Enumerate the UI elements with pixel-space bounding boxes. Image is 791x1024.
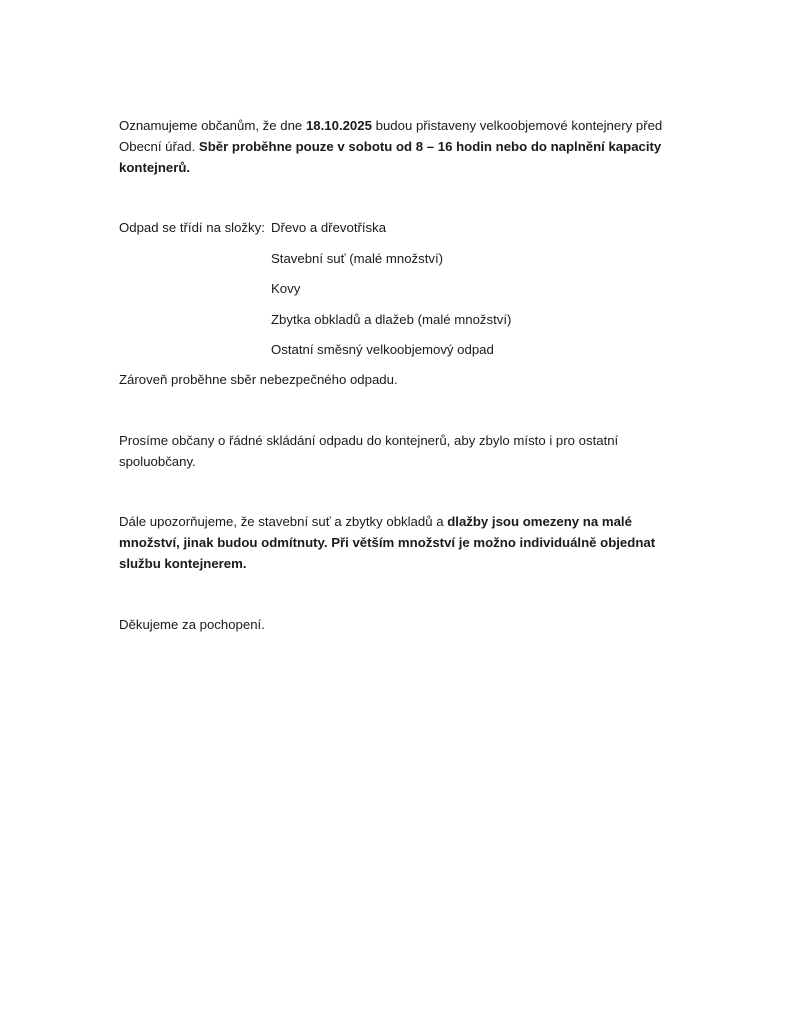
closing-text: Děkujeme za pochopení. [119, 614, 265, 635]
collection-date: 18.10.2025 [306, 118, 372, 133]
warning-bold: dlažby jsou omezeny na malé [447, 514, 632, 529]
request-line-1: Prosíme občany o řádné skládání odpadu d… [119, 430, 618, 451]
sorting-item: Ostatní směsný velkoobjemový odpad [271, 339, 494, 360]
sorting-label: Odpad se třídí na složky: [119, 217, 265, 238]
collection-hours: Sběr proběhne pouze v sobotu od 8 – 16 h… [199, 139, 661, 154]
intro-line-2: Obecní úřad. Sběr proběhne pouze v sobot… [119, 136, 661, 157]
request-line-2: spoluobčany. [119, 451, 196, 472]
sorting-item: Kovy [271, 278, 300, 299]
warning-line-1: Dále upozorňujeme, že stavební suť a zby… [119, 511, 632, 532]
warning-line-3: službu kontejnerem. [119, 553, 247, 574]
warning-bold: množství, jinak budou odmítnuty. Při vět… [119, 535, 655, 550]
collection-hours-end: kontejnerů. [119, 160, 190, 175]
warning-bold: službu kontejnerem. [119, 556, 247, 571]
intro-line-3: kontejnerů. [119, 157, 190, 178]
intro-text: Oznamujeme občanům, že dne [119, 118, 306, 133]
warning-text: Dále upozorňujeme, že stavební suť a zby… [119, 514, 447, 529]
sorting-item: Stavební suť (malé množství) [271, 248, 443, 269]
intro-text: Obecní úřad. [119, 139, 199, 154]
hazardous-notice: Zároveň proběhne sběr nebezpečného odpad… [119, 369, 398, 390]
warning-line-2: množství, jinak budou odmítnuty. Při vět… [119, 532, 655, 553]
intro-text: budou přistaveny velkoobjemové kontejner… [372, 118, 662, 133]
sorting-item: Zbytka obkladů a dlažeb (malé množství) [271, 309, 511, 330]
sorting-item: Dřevo a dřevotříska [271, 217, 386, 238]
intro-line-1: Oznamujeme občanům, že dne 18.10.2025 bu… [119, 115, 662, 136]
